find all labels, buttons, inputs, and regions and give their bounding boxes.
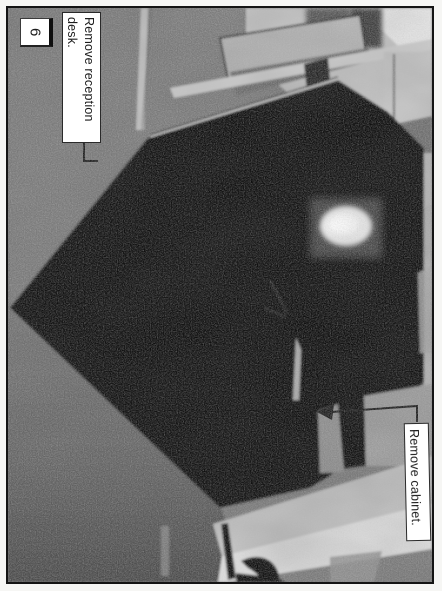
- figure-number-badge: 6: [20, 18, 53, 47]
- reception-annotation-label: Remove reception desk.: [62, 12, 101, 143]
- cabinet-annotation-label: Remove cabinet.: [404, 423, 431, 541]
- scanned-document-page: 6 Remove reception desk. Remove cabinet.: [0, 0, 442, 591]
- figure-number-text: 6: [27, 28, 44, 37]
